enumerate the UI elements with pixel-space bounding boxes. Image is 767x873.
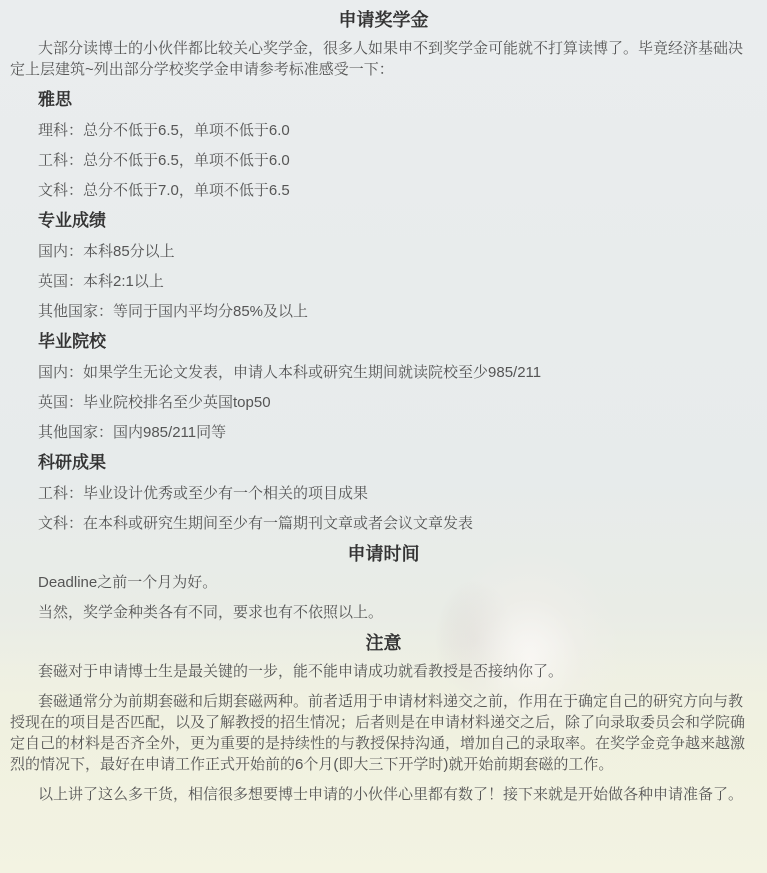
section-heading: 毕业院校 [38,331,757,353]
section-ielts: 雅思 理科：总分不低于6.5，单项不低于6.0 工科：总分不低于6.5，单项不低… [10,89,757,201]
list-item: 文科：总分不低于7.0，单项不低于6.5 [38,180,757,201]
article-content: 申请奖学金 大部分读博士的小伙伴都比较关心奖学金，很多人如果申不到奖学金可能就不… [0,0,767,805]
list-item: 国内：本科85分以上 [38,241,757,262]
intro-paragraph: 大部分读博士的小伙伴都比较关心奖学金，很多人如果申不到奖学金可能就不打算读博了。… [10,38,757,80]
note-paragraph: 套磁通常分为前期套磁和后期套磁两种。前者适用于申请材料递交之前，作用在于确定自己… [10,691,757,775]
section-heading: 专业成绩 [38,210,757,232]
list-item: 理科：总分不低于6.5，单项不低于6.0 [38,120,757,141]
list-item: 其他国家：国内985/211同等 [38,422,757,443]
section-research-results: 科研成果 工科：毕业设计优秀或至少有一个相关的项目成果 文科：在本科或研究生期间… [10,452,757,534]
title-apply-scholarship: 申请奖学金 [10,0,757,32]
title-application-time: 申请时间 [10,542,757,566]
title-attention: 注意 [10,631,757,655]
list-item: 英国：毕业院校排名至少英国top50 [38,392,757,413]
note-paragraph: 以上讲了这么多干货，相信很多想要博士申请的小伙伴心里都有数了！接下来就是开始做各… [10,784,757,805]
list-item: 国内：如果学生无论文发表，申请人本科或研究生期间就读院校至少985/211 [38,362,757,383]
list-item: 工科：毕业设计优秀或至少有一个相关的项目成果 [38,483,757,504]
section-heading: 科研成果 [38,452,757,474]
time-item-note: 当然，奖学金种类各有不同，要求也有不依照以上。 [38,602,757,623]
list-item: 英国：本科2:1以上 [38,271,757,292]
list-item: 其他国家：等同于国内平均分85%及以上 [38,301,757,322]
section-graduate-school: 毕业院校 国内：如果学生无论文发表，申请人本科或研究生期间就读院校至少985/2… [10,331,757,443]
list-item: 工科：总分不低于6.5，单项不低于6.0 [38,150,757,171]
section-heading: 雅思 [38,89,757,111]
list-item: 文科：在本科或研究生期间至少有一篇期刊文章或者会议文章发表 [38,513,757,534]
note-paragraph: 套磁对于申请博士生是最关键的一步，能不能申请成功就看教授是否接纳你了。 [10,661,757,682]
section-academic-grades: 专业成绩 国内：本科85分以上 英国：本科2:1以上 其他国家：等同于国内平均分… [10,210,757,322]
time-item-deadline: Deadline之前一个月为好。 [38,572,757,593]
